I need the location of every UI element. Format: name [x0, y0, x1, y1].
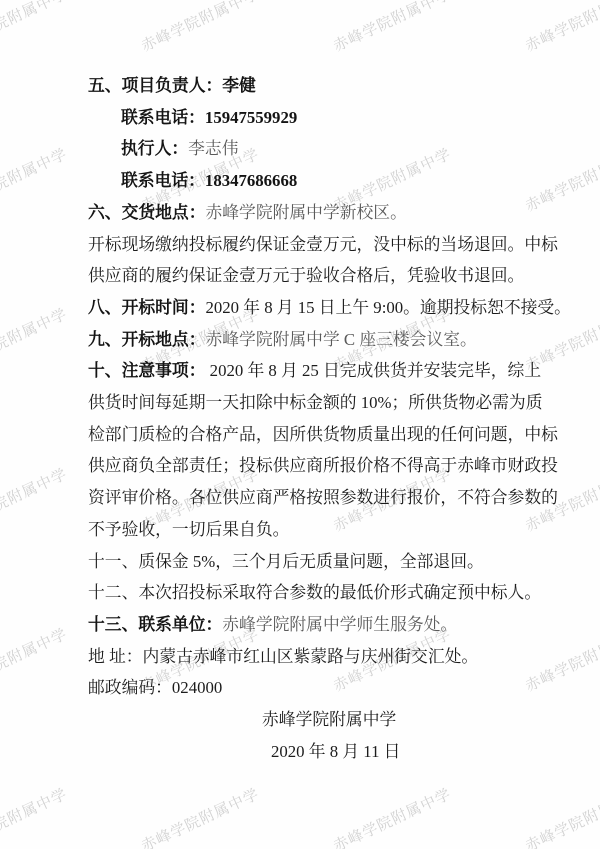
doc-line: 执行人：李志伟 [88, 133, 562, 165]
document-body: 五、项目负责人：李健联系电话：15947559929执行人：李志伟联系电话：18… [88, 70, 562, 767]
document-page: 赤峰学院附属中学赤峰学院附属中学赤峰学院附属中学赤峰学院附属中学赤峰学院附属中学… [0, 0, 600, 849]
doc-line-value: 赤峰学院附属中学新校区。 [205, 203, 406, 222]
doc-line-label: 八、开标时间： [88, 298, 205, 317]
watermark-text: 赤峰学院附属中学 [138, 783, 263, 849]
doc-line-label: 联系电话： [121, 171, 205, 190]
watermark-text: 赤峰学院附属中学 [0, 623, 70, 696]
doc-line: 2020 年 8 月 11 日 [88, 736, 562, 768]
doc-line: 八、开标时间：2020 年 8 月 15 日上午 9:00。逾期投标恕不接受。 [88, 292, 562, 324]
doc-line-label: 执行人： [121, 139, 188, 158]
doc-line: 联系电话：18347686668 [88, 165, 562, 197]
doc-line: 九、开标地点：赤峰学院附属中学 C 座三楼会议室。 [88, 324, 562, 356]
doc-line-label: 联系电话： [121, 108, 205, 127]
doc-line: 供应商的履约保证金壹万元于验收合格后，凭验收书退回。 [88, 260, 562, 292]
doc-line-label: 六、交货地点： [88, 203, 205, 222]
doc-line-value: 李健 [222, 76, 256, 95]
watermark-text: 赤峰学院附属中学 [0, 143, 70, 216]
doc-line-value: 李志伟 [188, 139, 238, 158]
watermark-text: 赤峰学院附属中学 [0, 0, 70, 56]
doc-line-label: 五、项目负责人： [88, 76, 222, 95]
doc-line: 六、交货地点：赤峰学院附属中学新校区。 [88, 197, 562, 229]
watermark-text: 赤峰学院附属中学 [522, 783, 600, 849]
doc-line: 赤峰学院附属中学 [88, 704, 562, 736]
doc-line-value: 2020 年 8 月 15 日上午 9:00。逾期投标恕不接受。 [205, 298, 570, 317]
doc-line: 地 址：内蒙古赤峰市红山区紫蒙路与庆州街交汇处。 [88, 641, 562, 673]
doc-line-value: 赤峰学院附属中学 C 座三楼会议室。 [205, 330, 476, 349]
watermark-text: 赤峰学院附属中学 [330, 783, 455, 849]
doc-line: 十二、本次招投标采取符合参数的最低价形式确定预中标人。 [88, 577, 562, 609]
doc-line: 十三、联系单位：赤峰学院附属中学师生服务处。 [88, 609, 562, 641]
doc-line-value: 2020 年 8 月 25 日完成供货并安装完毕，综上 [205, 361, 541, 380]
doc-line: 五、项目负责人：李健 [88, 70, 562, 102]
doc-line: 十一、质保金 5%，三个月后无质量问题，全部退回。 [88, 546, 562, 578]
doc-line: 资评审价格。各位供应商严格按照参数进行报价，不符合参数的 [88, 482, 562, 514]
watermark-text: 赤峰学院附属中学 [0, 463, 70, 536]
doc-line: 十、注意事项： 2020 年 8 月 25 日完成供货并安装完毕，综上 [88, 355, 562, 387]
doc-line-value: 赤峰学院附属中学师生服务处。 [222, 615, 457, 634]
doc-line-label: 十三、联系单位： [88, 615, 222, 634]
doc-line-label: 九、开标地点： [88, 330, 205, 349]
doc-line-value: 18347686668 [205, 171, 297, 190]
watermark-text: 赤峰学院附属中学 [330, 0, 455, 56]
doc-line: 不予验收，一切后果自负。 [88, 514, 562, 546]
doc-line-value: 15947559929 [205, 108, 297, 127]
doc-line: 供货时间每延期一天扣除中标金额的 10%；所供货物必需为质 [88, 387, 562, 419]
watermark-text: 赤峰学院附属中学 [0, 783, 70, 849]
watermark-text: 赤峰学院附属中学 [522, 0, 600, 56]
doc-line-label: 十、注意事项： [88, 361, 205, 380]
doc-line: 供应商负全部责任；投标供应商所报价格不得高于赤峰市财政投 [88, 450, 562, 482]
doc-line: 开标现场缴纳投标履约保证金壹万元，没中标的当场退回。中标 [88, 229, 562, 261]
watermark-text: 赤峰学院附属中学 [0, 303, 70, 376]
doc-line: 联系电话：15947559929 [88, 102, 562, 134]
doc-line: 邮政编码：024000 [88, 672, 562, 704]
doc-line: 检部门质检的合格产品，因所供货物质量出现的任何问题，中标 [88, 419, 562, 451]
watermark-text: 赤峰学院附属中学 [138, 0, 263, 56]
